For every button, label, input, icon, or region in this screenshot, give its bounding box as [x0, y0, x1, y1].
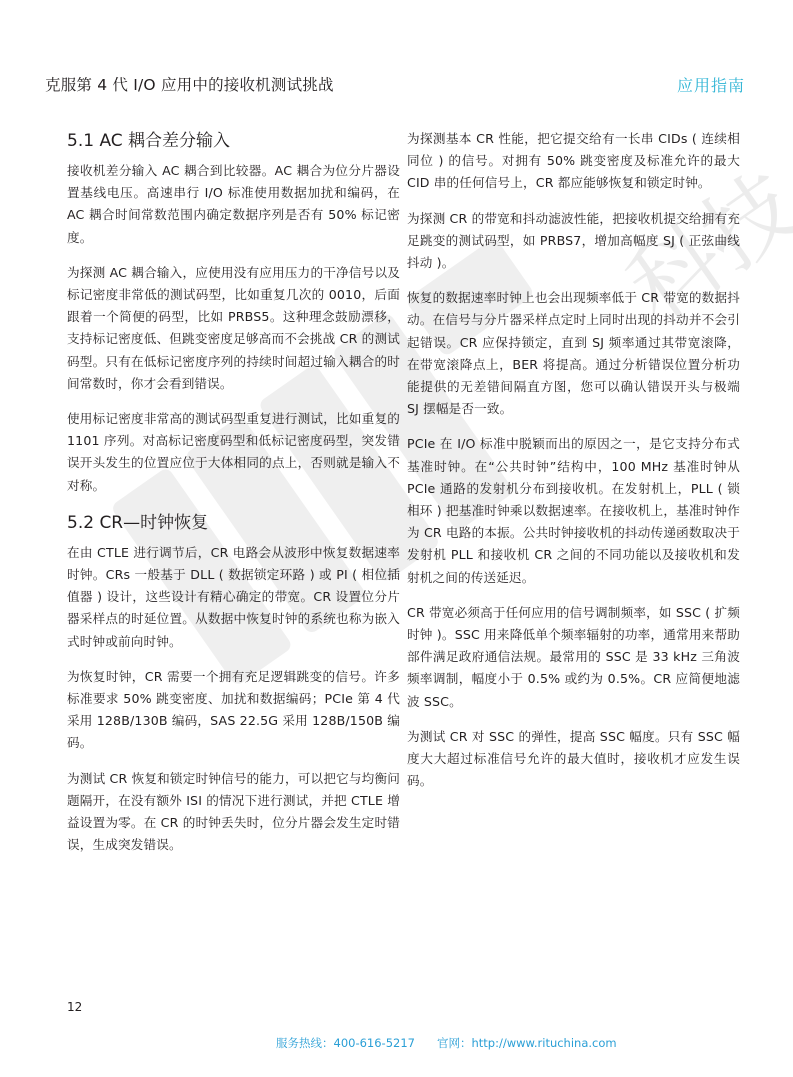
paragraph: 为探测 AC 耦合输入，应使用没有应用压力的干净信号以及标记密度非常低的测试码型… — [67, 262, 400, 395]
paragraph: 为探测 CR 的带宽和抖动滤波性能，把接收机提交给拥有充足跳变的测试码型，如 P… — [407, 208, 740, 275]
paragraph: 为测试 CR 对 SSC 的弹性，提高 SSC 幅度。只有 SSC 幅度大大超过… — [407, 726, 740, 793]
paragraph: 在由 CTLE 进行调节后，CR 电路会从波形中恢复数据速率时钟。CRs 一般基… — [67, 542, 400, 653]
paragraph: CR 带宽必须高于任何应用的信号调制频率，如 SSC ( 扩频时钟 )。SSC … — [407, 602, 740, 713]
right-column: 为探测基本 CR 性能，把它提交给有一长串 CIDs ( 连续相同位 ) 的信号… — [407, 128, 740, 805]
paragraph: 恢复的数据速率时钟上也会出现频率低于 CR 带宽的数据抖动。在信号与分片器采样点… — [407, 287, 740, 420]
paragraph: 为恢复时钟，CR 需要一个拥有充足逻辑跳变的信号。许多标准要求 50% 跳变密度… — [67, 666, 400, 755]
page-footer: 服务热线：400-616-5217官网：http://www.rituchina… — [276, 1035, 617, 1051]
document-category-tag: 应用指南 — [677, 73, 745, 96]
paragraph: 为测试 CR 恢复和锁定时钟信号的能力，可以把它与均衡问题隔开，在没有额外 IS… — [67, 768, 400, 857]
footer-hotline: 服务热线：400-616-5217 — [276, 1036, 415, 1050]
section-heading-5-1: 5.1 AC 耦合差分输入 — [67, 128, 400, 154]
page-header: 克服第 4 代 I/O 应用中的接收机测试挑战 应用指南 — [45, 72, 745, 96]
left-column: 5.1 AC 耦合差分输入 接收机差分输入 AC 耦合到比较器。AC 耦合为位分… — [67, 128, 400, 869]
paragraph: 使用标记密度非常高的测试码型重复进行测试，比如重复的 1101 序列。对高标记密… — [67, 408, 400, 497]
paragraph: 接收机差分输入 AC 耦合到比较器。AC 耦合为位分片器设置基线电压。高速串行 … — [67, 160, 400, 249]
footer-website-link[interactable]: 官网：http://www.rituchina.com — [437, 1036, 617, 1050]
paragraph: 为探测基本 CR 性能，把它提交给有一长串 CIDs ( 连续相同位 ) 的信号… — [407, 128, 740, 195]
section-heading-5-2: 5.2 CR—时钟恢复 — [67, 510, 400, 536]
paragraph: PCIe 在 I/O 标准中脱颖而出的原因之一，是它支持分布式基准时钟。在“公共… — [407, 433, 740, 588]
document-title: 克服第 4 代 I/O 应用中的接收机测试挑战 — [45, 73, 334, 95]
page-number: 12 — [67, 1000, 82, 1014]
